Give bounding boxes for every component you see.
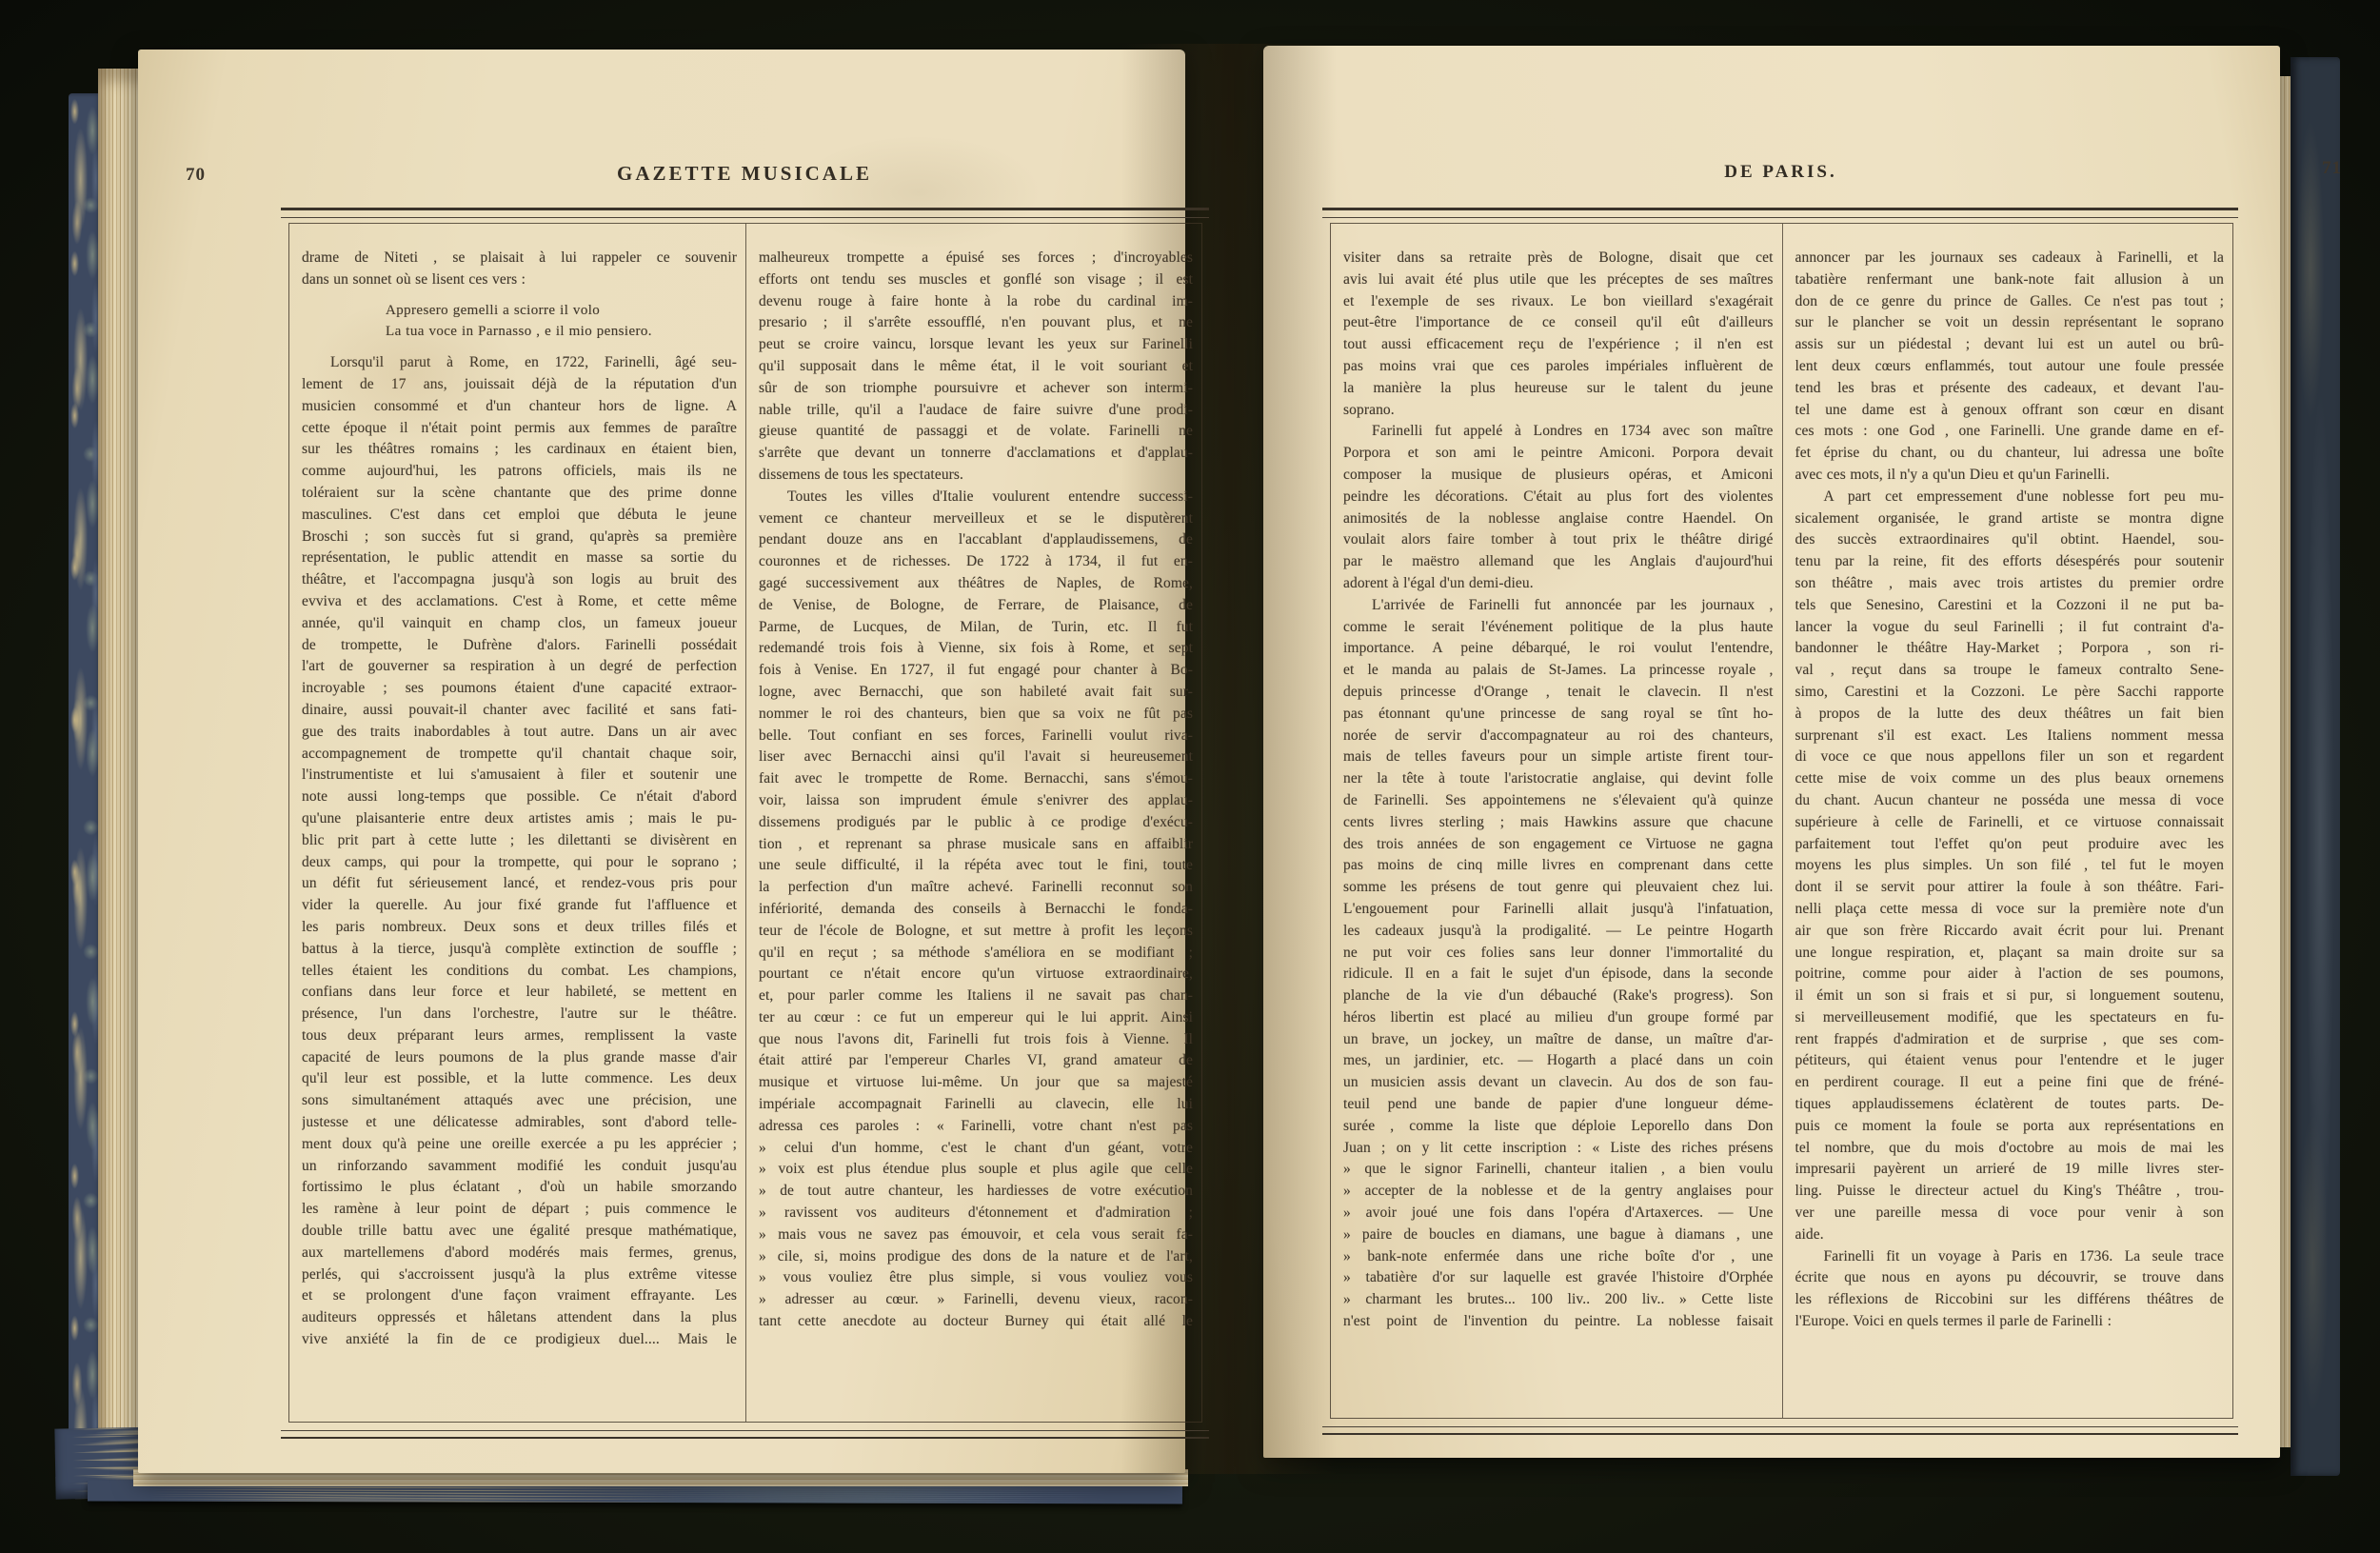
text-line: aide. xyxy=(1795,1224,2225,1246)
text-line: tel nombre, que du mois d'octobre au moi… xyxy=(1795,1138,2225,1160)
head-rule-left xyxy=(281,208,1209,218)
column-left-2: malheureux trompette a épuisé ses forces… xyxy=(745,224,1201,1422)
foot-rule-left xyxy=(281,1430,1209,1439)
text-line: justesse et une délicatesse admirables, … xyxy=(302,1112,737,1134)
text-line: voulait alors faire tomber à tout prix l… xyxy=(1343,529,1774,551)
text-line: fois à Venise. En 1727, il fut engagé po… xyxy=(759,660,1193,682)
text-line: il émit un son si frais et si pur, si lo… xyxy=(1795,986,2225,1007)
text-line: norée de servir d'accompagnateur au roi … xyxy=(1343,726,1774,747)
text-line: belle. Tout confiant en ses forces, Fari… xyxy=(759,726,1193,747)
text-line: l'instrumentiste et lui s'amusaient à fi… xyxy=(302,765,737,786)
text-line: surée , comme la liste que déploie Lepor… xyxy=(1343,1116,1774,1138)
text-line: son théâtre , mais avec trois artistes d… xyxy=(1795,573,2225,595)
text-line: et se prolongent d'une façon vraiment ef… xyxy=(302,1285,737,1307)
text-line: dans un sonnet où se lisent ces vers : xyxy=(302,269,737,291)
text-line: malheureux trompette a épuisé ses forces… xyxy=(759,248,1193,269)
text-line: une longue respiration, et, plaçant sa m… xyxy=(1795,943,2225,965)
paragraph-block: A part cet empressement d'une noblesse f… xyxy=(1795,487,2225,1246)
text-line: un brave, un jockey, un maître de danse,… xyxy=(1343,1029,1774,1051)
text-line: assis sur un piédestal ; devant lui est … xyxy=(1795,334,2225,356)
text-line: ner la tête à toute l'aristocratie angla… xyxy=(1343,768,1774,790)
paragraph-block: annoncer par les journaux ses cadeaux à … xyxy=(1795,248,2225,487)
text-line: presario ; il s'arrête essoufflé, n'en p… xyxy=(759,312,1193,334)
text-line: pourtant ce n'était encore qu'un virtuos… xyxy=(759,964,1193,986)
text-line: sûr de son triomphe poursuivre et acheve… xyxy=(759,378,1193,400)
text-line: L'arrivée de Farinelli fut annoncée par … xyxy=(1343,595,1774,617)
text-line: ling. Puisse le directeur actuel du King… xyxy=(1795,1181,2225,1203)
text-line: puis ce moment la foule se porta aux rep… xyxy=(1795,1116,2225,1138)
text-line: mes, un jardinier, etc. — Hogarth a plac… xyxy=(1343,1050,1774,1072)
text-line: vive anxiété la fin de ce prodigieux due… xyxy=(302,1329,737,1351)
text-line: par le maëstro allemand que les Anglais … xyxy=(1343,551,1774,573)
paragraph-block: Farinelli fut appelé à Londres en 1734 a… xyxy=(1343,421,1774,594)
text-line: théâtre, et l'accompagna jusqu'à son log… xyxy=(302,569,737,591)
text-line: nelli plaça cette messa di voce sur la p… xyxy=(1795,899,2225,921)
text-line: dinaire, aussi pouvait-il chanter avec f… xyxy=(302,700,737,722)
text-line: les cadeaux jusqu'à la prodigalité. — Le… xyxy=(1343,921,1774,943)
text-line: vider la querelle. Au jour fixé grande f… xyxy=(302,895,737,917)
text-line: » adresser au cœur. » Farinelli, devenu … xyxy=(759,1289,1193,1311)
text-line: nable trille, qu'il a l'audace de faire … xyxy=(759,400,1193,422)
page-number-right: 71 xyxy=(2322,158,2342,179)
text-line: » de tout autre chanteur, les hardiesses… xyxy=(759,1181,1193,1203)
text-line: qu'il leur est possible, et la lutte com… xyxy=(302,1068,737,1090)
text-line: rent frappés d'admiration et de surprise… xyxy=(1795,1029,2225,1051)
text-line: pétiteurs, qui étaient venus pour l'ente… xyxy=(1795,1050,2225,1072)
text-line: perlés, qui s'accroissent jusqu'à la plu… xyxy=(302,1264,737,1286)
text-line: l'Europe. Voici en quels termes il parle… xyxy=(1795,1311,2225,1333)
text-line: les réflexions de Riccobini sur les diff… xyxy=(1795,1289,2225,1311)
page-left: 70 GAZETTE MUSICALE drame de Niteti , se… xyxy=(138,50,1185,1473)
text-line: double trille battu avec une égalité pre… xyxy=(302,1221,737,1243)
text-frame-right: visiter dans sa retraite près de Bologne… xyxy=(1330,223,2233,1419)
page-number-left: 70 xyxy=(186,165,206,186)
text-line: cette époque il n'était point permis aux… xyxy=(302,418,737,440)
text-line: la perfection d'un maître achevé. Farine… xyxy=(759,877,1193,899)
text-line: » celui d'un homme, c'est le chant d'un … xyxy=(759,1138,1193,1160)
text-line: et, pour parler comme les Italiens il ne… xyxy=(759,986,1193,1007)
text-line: sur le plancher se voit un dessin représ… xyxy=(1795,312,2225,334)
text-line: redemandé trois fois à Vienne, six fois … xyxy=(759,638,1193,660)
text-line: tenu par la reine, fit des efforts déses… xyxy=(1795,551,2225,573)
text-line: cette mise de voix comme un des plus bea… xyxy=(1795,768,2225,790)
text-line: gue des traits inabordables à tout autre… xyxy=(302,722,737,744)
foot-rule-right xyxy=(1322,1426,2238,1435)
text-line: tels que Senesino, Carestini et la Cozzo… xyxy=(1795,595,2225,617)
text-line: surprenant s'il est exact. Les Italiens … xyxy=(1795,726,2225,747)
paragraph-block: drame de Niteti , se plaisait à lui rapp… xyxy=(302,248,737,291)
text-line: peut se croire vaincu, lorsque levant le… xyxy=(759,334,1193,356)
text-line: tout aussi efficacement reçu de l'expéri… xyxy=(1343,334,1774,356)
text-line: tous deux préparant leurs armes, remplis… xyxy=(302,1025,737,1047)
text-line: que nous l'avons dit, Farinelli fut troi… xyxy=(759,1029,1193,1051)
text-line: accompagnement de trompette qu'il chanta… xyxy=(302,744,737,766)
text-line: gieuse quantité de passaggi et de volate… xyxy=(759,421,1193,443)
text-line: de Farinelli. Ses appointemens ne s'élev… xyxy=(1343,790,1774,812)
text-line: des succès extraordinaires qu'il obtint.… xyxy=(1795,529,2225,551)
text-line: val , reçut dans sa troupe le fameux con… xyxy=(1795,660,2225,682)
verse-block: Appresero gemelli a sciorre il voloLa tu… xyxy=(386,300,737,344)
text-line: n'est point de l'invention du peintre. L… xyxy=(1343,1311,1774,1333)
text-line: musicien consommé et d'un chanteur hors … xyxy=(302,396,737,418)
text-line: » cile, si, moins prodigue des dons de l… xyxy=(759,1246,1193,1268)
column-left-1: drame de Niteti , se plaisait à lui rapp… xyxy=(289,224,745,1422)
text-line: masculines. C'est dans cet emploi que dé… xyxy=(302,505,737,527)
text-line: voir, laissa son imprudent émule s'enivr… xyxy=(759,790,1193,812)
text-line: deux camps, qui pour la trompette, qui p… xyxy=(302,852,737,874)
text-line: Juan ; on y lit cette inscription : « Li… xyxy=(1343,1138,1774,1160)
text-line: sicalement organisée, le grand artiste s… xyxy=(1795,508,2225,530)
text-line: fait avec le trompette de Rome. Bernacch… xyxy=(759,768,1193,790)
text-line: dissemens de tous les spectateurs. xyxy=(759,465,1193,487)
text-line: à propos de la lutte des deux théâtres u… xyxy=(1795,704,2225,726)
text-line: don de ce genre du prince de Galles. Ce … xyxy=(1795,291,2225,313)
page-right: 71 DE PARIS. visiter dans sa retraite pr… xyxy=(1263,46,2280,1458)
text-line: dissemens prodigués par le public à ce p… xyxy=(759,812,1193,834)
text-line: devenu rouge à faire honte à la robe du … xyxy=(759,291,1193,313)
running-title-right: DE PARIS. xyxy=(1330,162,2231,183)
text-line: était attiré par l'empereur Charles VI, … xyxy=(759,1050,1193,1072)
column-right-2: annoncer par les journaux ses cadeaux à … xyxy=(1782,224,2233,1418)
text-line: auditeurs oppressés et hâletans attenden… xyxy=(302,1307,737,1329)
text-line: » avoir joué une fois dans l'opéra d'Art… xyxy=(1343,1203,1774,1224)
text-line: capacité de leurs poumons de la plus gra… xyxy=(302,1047,737,1069)
text-line: » vous vouliez être plus simple, si vous… xyxy=(759,1267,1193,1289)
column-right-1: visiter dans sa retraite près de Bologne… xyxy=(1331,224,1782,1418)
text-line: planche de la vie d'un débauché (Rake's … xyxy=(1343,986,1774,1007)
text-line: Appresero gemelli a sciorre il volo xyxy=(386,300,737,322)
text-line: ver une pareille messa di voce pour veni… xyxy=(1795,1203,2225,1224)
text-line: » que le signor Farinelli, chanteur ital… xyxy=(1343,1159,1774,1181)
text-line: soprano. xyxy=(1343,400,1774,422)
text-line: gagé successivement aux théâtres de Napl… xyxy=(759,573,1193,595)
text-line: si merveilleusement modifié, que les spe… xyxy=(1795,1007,2225,1029)
text-line: qu'il en reçut ; sa méthode s'améliora e… xyxy=(759,943,1193,965)
text-line: ces mots : one God , one Farinelli. Une … xyxy=(1795,421,2225,443)
text-line: lent deux cœurs enflammés, tout autour u… xyxy=(1795,356,2225,378)
text-line: » tabatière d'or sur laquelle est gravée… xyxy=(1343,1267,1774,1289)
text-line: liser avec Bernacchi ainsi qu'il l'avait… xyxy=(759,747,1193,768)
text-line: année, qu'il vainquit en champ clos, un … xyxy=(302,613,737,635)
text-line: un rinforzando savamment modifié les con… xyxy=(302,1156,737,1178)
text-line: lancer la vogue du seul Farinelli ; il f… xyxy=(1795,617,2225,639)
text-line: Farinelli fut appelé à Londres en 1734 a… xyxy=(1343,421,1774,443)
text-line: Toutes les villes d'Italie voulurent ent… xyxy=(759,487,1193,508)
text-line: tant cette anecdote au docteur Burney qu… xyxy=(759,1311,1193,1333)
text-line: impériale accompagnait Farinelli au clav… xyxy=(759,1094,1193,1116)
text-line: en perdirent courage. Il eut a peine fin… xyxy=(1795,1072,2225,1094)
text-line: visiter dans sa retraite près de Bologne… xyxy=(1343,248,1774,269)
text-line: fortissimo le plus éclatant , d'où un ha… xyxy=(302,1177,737,1199)
text-line: blic prit part à cette lutte ; les dilet… xyxy=(302,830,737,852)
text-line: qu'il supposait dans le même état, il le… xyxy=(759,356,1193,378)
text-line: fet éprise du chant, ou du chanteur, lui… xyxy=(1795,443,2225,465)
text-line: avis lui avait été plus utile que les pr… xyxy=(1343,269,1774,291)
text-line: adorent à l'égal d'un demi-dieu. xyxy=(1343,573,1774,595)
text-line: note aussi long-temps que possible. Ce n… xyxy=(302,786,737,808)
text-line: A part cet empressement d'une noblesse f… xyxy=(1795,487,2225,508)
text-line: comme aujourd'hui, les patrons officiels… xyxy=(302,461,737,483)
text-line: L'engouement pour Farinelli allait jusqu… xyxy=(1343,899,1774,921)
paragraph-block: Toutes les villes d'Italie voulurent ent… xyxy=(759,487,1193,1333)
text-line: parfaitement tout l'effet qu'on peut pro… xyxy=(1795,834,2225,856)
text-line: animosités de la noblesse anglaise contr… xyxy=(1343,508,1774,530)
text-line: peut-être l'importance de ce conseil qu'… xyxy=(1343,312,1774,334)
head-rule-right xyxy=(1322,208,2238,218)
text-line: tabatière renfermant une bank-note fait … xyxy=(1795,269,2225,291)
text-line: ridicule. Il en a fait le sujet d'un épi… xyxy=(1343,964,1774,986)
text-line: pas moins vrai que ces paroles impériale… xyxy=(1343,356,1774,378)
text-line: et l'exemple de ses rivaux. Le bon vieil… xyxy=(1343,291,1774,313)
paragraph-block: Lorsqu'il parut à Rome, en 1722, Farinel… xyxy=(302,352,737,1351)
text-line: Farinelli fit un voyage à Paris en 1736.… xyxy=(1795,1246,2225,1268)
book-scan-stage: 70 GAZETTE MUSICALE drame de Niteti , se… xyxy=(0,0,2380,1553)
text-line: telles étaient les conditions du combat.… xyxy=(302,961,737,983)
text-line: tel une dame est à genoux offrant son cœ… xyxy=(1795,400,2225,422)
text-line: supérieure à celle de Farinelli, et ce v… xyxy=(1795,812,2225,834)
text-line: héros libertin est placé au milieu d'un … xyxy=(1343,1007,1774,1029)
text-line: importance. A peine débarqué, le roi vou… xyxy=(1343,638,1774,660)
text-line: pendant douze ans en l'accablant d'appla… xyxy=(759,529,1193,551)
text-line: composer la musique de plusieurs opéras,… xyxy=(1343,465,1774,487)
text-line: des trois années de son engagement ce Vi… xyxy=(1343,834,1774,856)
text-line: moyens les plus simples. Un son filé , t… xyxy=(1795,855,2225,877)
text-line: sons simultanément attaqués avec une pré… xyxy=(302,1090,737,1112)
text-line: » voix est plus étendue plus souple et p… xyxy=(759,1159,1193,1181)
text-line: efforts ont tendu ses muscles et gonflé … xyxy=(759,269,1193,291)
text-line: sur les théâtres romains ; les cardinaux… xyxy=(302,439,737,461)
text-line: un musicien assis devant un clavecin. Au… xyxy=(1343,1072,1774,1094)
text-line: et le manda au palais de St-James. La pr… xyxy=(1343,660,1774,682)
text-line: vement ce chanteur merveilleux et se le … xyxy=(759,508,1193,530)
text-line: couronnes et de richesses. De 1722 à 173… xyxy=(759,551,1193,573)
paragraph-block: Farinelli fit un voyage à Paris en 1736.… xyxy=(1795,1246,2225,1333)
text-line: Parme, de Lucques, de Milan, de Turin, e… xyxy=(759,617,1193,639)
text-line: les ramène à leur point de départ ; puis… xyxy=(302,1199,737,1221)
text-line: cents livres sterling ; mais Hawkins ass… xyxy=(1343,812,1774,834)
text-line: dont il se servit pour attirer la foule … xyxy=(1795,877,2225,899)
text-line: confians dans leur force et leur habilet… xyxy=(302,982,737,1004)
text-line: tiques applaudissemens éclatèrent de tou… xyxy=(1795,1094,2225,1116)
text-line: de Venise, de Bologne, de Ferrare, de Pl… xyxy=(759,595,1193,617)
text-line: qu'une plaisanterie entre deux artistes … xyxy=(302,808,737,830)
text-line: teuil pend une bande de papier d'une lon… xyxy=(1343,1094,1774,1116)
text-line: du chant. Aucun chanteur ne posséda une … xyxy=(1795,790,2225,812)
text-line: di voce ce que nous appellons filer un s… xyxy=(1795,747,2225,768)
text-line: logne, avec Bernacchi, que son habileté … xyxy=(759,682,1193,704)
text-line: somme les présens de tout genre qui pleu… xyxy=(1343,877,1774,899)
text-line: » mais vous ne savez pas émouvoir, et ce… xyxy=(759,1224,1193,1246)
text-line: adressa ces paroles : « Farinelli, votre… xyxy=(759,1116,1193,1138)
paragraph-block: L'arrivée de Farinelli fut annoncée par … xyxy=(1343,595,1774,1333)
text-line: lement de 17 ans, jouissait déjà de la r… xyxy=(302,374,737,396)
text-line: evviva et des acclamations. C'est à Rome… xyxy=(302,591,737,613)
text-line: infériorité, demanda des conseils à Bern… xyxy=(759,899,1193,921)
text-line: représentation, le public attendit en ma… xyxy=(302,548,737,569)
running-title-left: GAZETTE MUSICALE xyxy=(288,162,1200,186)
paragraph-block: visiter dans sa retraite près de Bologne… xyxy=(1343,248,1774,421)
text-line: teur de l'école de Bologne, et sut mettr… xyxy=(759,921,1193,943)
text-line: depuis princesse d'Orange , tenait le cl… xyxy=(1343,682,1774,704)
text-line: ter au cœur : ce fut un empereur qui le … xyxy=(759,1007,1193,1029)
text-line: impresarii payèrent un arrieré de 19 mil… xyxy=(1795,1159,2225,1181)
text-line: air que son frère Riccardo avait écrit p… xyxy=(1795,921,2225,943)
text-line: » bank-note enfermée dans une riche boît… xyxy=(1343,1246,1774,1268)
text-line: annoncer par les journaux ses cadeaux à … xyxy=(1795,248,2225,269)
text-line: tion , et reprenant sa phrase musicale s… xyxy=(759,834,1193,856)
text-line: poitrine, comme pour aider à l'action de… xyxy=(1795,964,2225,986)
text-line: ne put voir ces folies sans leur donner … xyxy=(1343,943,1774,965)
text-line: une seule difficulté, il la répéta avec … xyxy=(759,855,1193,877)
text-line: ment doux qu'à peine une oreille exercée… xyxy=(302,1134,737,1156)
right-cover-board xyxy=(2291,57,2340,1476)
text-line: La tua voce in Parnasso , e il mio pensi… xyxy=(386,321,737,343)
text-line: l'art de gouverner sa respiration à un d… xyxy=(302,656,737,678)
text-line: bandonner le théâtre Hay-Market ; Porpor… xyxy=(1795,638,2225,660)
text-line: tend les bras et présente des cadeaux, e… xyxy=(1795,378,2225,400)
text-line: écrite que nous en ayons pu découvrir, s… xyxy=(1795,1267,2225,1289)
text-line: aux martellemens d'abord modérés mais fe… xyxy=(302,1243,737,1264)
text-line: de trompette, le Dufrène d'alors. Farine… xyxy=(302,635,737,657)
text-line: » ravissent vos auditeurs d'étonnement e… xyxy=(759,1203,1193,1224)
text-line: peindre les décorations. C'était au plus… xyxy=(1343,487,1774,508)
text-line: nommer le roi des chanteurs, bien que sa… xyxy=(759,704,1193,726)
text-line: battus à la tierce, jusqu'à complète ext… xyxy=(302,939,737,961)
text-line: » paire de boucles en diamans, une bague… xyxy=(1343,1224,1774,1246)
text-line: comme le serait l'événement politique de… xyxy=(1343,617,1774,639)
text-line: mais de telles faveurs pour un simple ar… xyxy=(1343,747,1774,768)
text-line: Broschi ; son succès fut si grand, qu'ap… xyxy=(302,527,737,548)
text-line: musique et virtuose lui-même. Un jour qu… xyxy=(759,1072,1193,1094)
text-line: Porpora et son ami le peintre Amiconi. P… xyxy=(1343,443,1774,465)
text-line: pas étonnant qu'une princesse de sang ro… xyxy=(1343,704,1774,726)
text-line: s'arrête que devant un tonnerre d'acclam… xyxy=(759,443,1193,465)
text-line: la manière la plus heureuse sur le talen… xyxy=(1343,378,1774,400)
text-line: les paris nombreux. Deux sons et deux tr… xyxy=(302,917,737,939)
text-line: avec ces mots, il n'y a qu'un Dieu et qu… xyxy=(1795,465,2225,487)
text-line: simo, Carestini et la Cozzoni. Le père S… xyxy=(1795,682,2225,704)
text-line: un défit fut sérieusement lancé, et rend… xyxy=(302,873,737,895)
text-line: présence, l'un dans l'orchestre, l'autre… xyxy=(302,1004,737,1025)
paragraph-block: malheureux trompette a épuisé ses forces… xyxy=(759,248,1193,487)
text-line: » accepter de la noblesse et de la gentr… xyxy=(1343,1181,1774,1203)
text-line: Lorsqu'il parut à Rome, en 1722, Farinel… xyxy=(302,352,737,374)
text-line: toléraient sur la scène chantante que de… xyxy=(302,483,737,505)
text-frame-left: drame de Niteti , se plaisait à lui rapp… xyxy=(288,223,1202,1423)
text-line: pas moins de cinq mille livres en compre… xyxy=(1343,855,1774,877)
text-line: » charmant les brutes... 100 liv.. 200 l… xyxy=(1343,1289,1774,1311)
text-line: drame de Niteti , se plaisait à lui rapp… xyxy=(302,248,737,269)
text-line: incroyable ; ses poumons étaient d'une c… xyxy=(302,678,737,700)
